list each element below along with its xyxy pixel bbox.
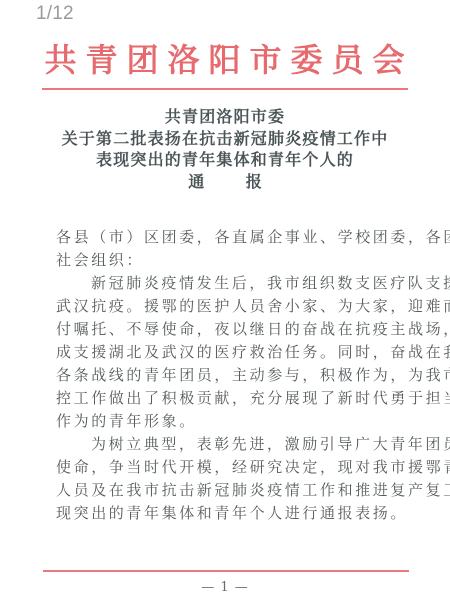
page-indicator: 1/12: [36, 3, 74, 25]
paragraph-2: 为树立典型，表彰先进，激励引导广大青年团员，牢记 使命，争当时代开模，经研究决定…: [56, 433, 396, 525]
title-line-notice: 通 报: [0, 171, 450, 193]
body-line: 作为的青年形象。: [56, 410, 396, 433]
footer-red-rule: [43, 570, 409, 572]
body-line: 控工作做出了积极贡献，充分展现了新时代勇于担当、敢于: [56, 387, 396, 410]
body-line: 各条战线的青年团员，主动参与，积极作为，为我市疫情防: [56, 364, 396, 387]
document-title: 共青团洛阳市委 关于第二批表扬在抗击新冠肺炎疫情工作中 表现突出的青年集体和青年…: [0, 106, 450, 192]
header-red-rule: [42, 88, 408, 90]
body-line: 为树立典型，表彰先进，激励引导广大青年团员，牢记: [56, 433, 396, 456]
page-number: — 1 —: [0, 580, 450, 595]
title-line-issuer: 共青团洛阳市委: [0, 106, 450, 128]
body-line: 新冠肺炎疫情发生后，我市组织数支医疗队支援湖北及: [56, 272, 396, 295]
document-body: 各县（市）区团委，各直属企事业、学校团委，各团属青年 社会组织： 新冠肺炎疫情发…: [56, 226, 396, 525]
body-line: 各县（市）区团委，各直属企事业、学校团委，各团属青年: [56, 226, 396, 249]
title-line-subject-1: 关于第二批表扬在抗击新冠肺炎疫情工作中: [0, 128, 450, 150]
org-header: 共青团洛阳市委员会: [0, 38, 450, 82]
body-line: 付嘱托、不辱使命，夜以继日的奋战在抗疫主战场，圆满完: [56, 318, 396, 341]
body-line: 现突出的青年集体和青年个人进行通报表扬。: [56, 502, 396, 525]
body-line: 社会组织：: [56, 249, 396, 272]
addressee: 各县（市）区团委，各直属企事业、学校团委，各团属青年 社会组织：: [56, 226, 396, 272]
body-line: 武汉抗疫。援鄂的医护人员舍小家、为大家，迎难而上，不: [56, 295, 396, 318]
body-line: 使命，争当时代开模，经研究决定，现对我市援鄂青年医护: [56, 456, 396, 479]
title-line-subject-2: 表现突出的青年集体和青年个人的: [0, 149, 450, 171]
body-line: 成支援湖北及武汉的医疗救治任务。同时，奋战在我市抗疫: [56, 341, 396, 364]
body-line: 人员及在我市抗击新冠肺炎疫情工作和推进复产复工中表: [56, 479, 396, 502]
paragraph-1: 新冠肺炎疫情发生后，我市组织数支医疗队支援湖北及 武汉抗疫。援鄂的医护人员舍小家…: [56, 272, 396, 433]
